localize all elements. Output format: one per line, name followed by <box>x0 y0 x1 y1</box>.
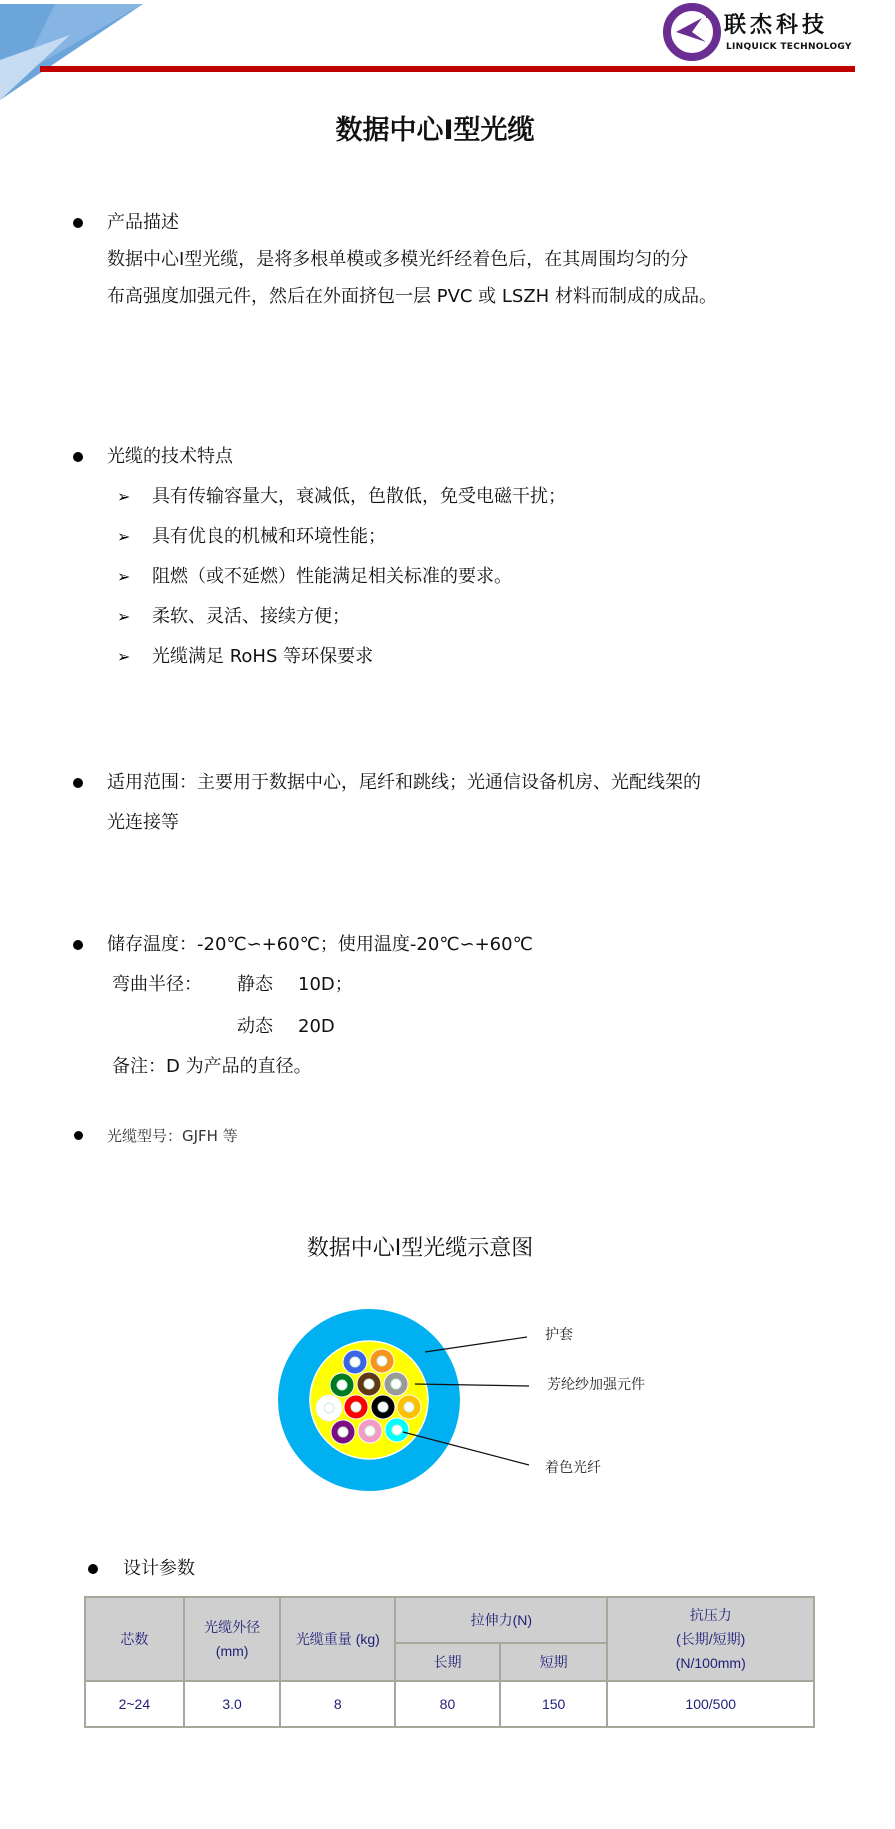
cell-weight: 8 <box>280 1681 395 1727</box>
header-cores: 芯数 <box>85 1597 184 1681</box>
feature-item: 阻燃（或不延燃）性能满足相关标准的要求。 <box>152 566 512 588</box>
cell-tensile-short: 150 <box>500 1681 608 1727</box>
feature-item: 具有优良的机械和环境性能； <box>152 526 386 548</box>
cell-crush: 100/500 <box>607 1681 814 1727</box>
bullet-icon <box>73 218 83 228</box>
cell-tensile-long: 80 <box>395 1681 500 1727</box>
temperature-line: 储存温度：-20℃∽+60℃；使用温度-20℃∽+60℃ <box>107 934 533 956</box>
model-line: 光缆型号：GJFH 等 <box>107 1125 238 1147</box>
arrow-bullet-icon: ➢ <box>117 526 130 548</box>
jacket-layer <box>278 1309 460 1491</box>
header-crush-line: (长期/短期) <box>608 1627 813 1651</box>
logo-mark-icon <box>662 2 722 62</box>
corner-decoration <box>0 0 160 110</box>
bullet-icon <box>88 1564 98 1574</box>
header-crush: 抗压力 (长期/短期) (N/100mm) <box>607 1597 814 1681</box>
bullet-icon <box>73 778 83 788</box>
header-tensile-short: 短期 <box>500 1643 608 1681</box>
bend-radius-label: 弯曲半径： <box>112 974 202 996</box>
static-value: 10D； <box>298 974 353 996</box>
scope-line: 光连接等 <box>107 812 179 834</box>
header-diameter: 光缆外径 (mm) <box>184 1597 281 1681</box>
colored-fibers <box>316 1349 421 1444</box>
table-row: 2~24 3.0 8 80 150 100/500 <box>85 1681 814 1727</box>
header-weight: 光缆重量 (kg) <box>280 1597 395 1681</box>
logo-text-cn: 联杰科技 <box>724 8 828 39</box>
params-heading: 设计参数 <box>123 1558 195 1580</box>
bullet-icon <box>74 1131 83 1140</box>
figure-title: 数据中心Ⅰ型光缆示意图 <box>0 1231 840 1262</box>
arrow-bullet-icon: ➢ <box>117 486 130 508</box>
design-parameters-table: 芯数 光缆外径 (mm) 光缆重量 (kg) 拉伸力(N) 抗压力 (长期/短期… <box>84 1596 815 1728</box>
cable-cross-section-diagram <box>0 0 895 1829</box>
header-crush-unit: (N/100mm) <box>608 1651 813 1675</box>
header-tensile: 拉伸力(N) <box>395 1597 607 1643</box>
cell-cores: 2~24 <box>85 1681 184 1727</box>
jacket-label: 护套 <box>545 1324 573 1344</box>
description-line: 数据中心Ⅰ型光缆，是将多根单模或多模光纤经着色后，在其周围均匀的分 <box>107 249 688 271</box>
logo-text-en: LINQUICK TECHNOLOGY <box>726 42 852 52</box>
arrow-bullet-icon: ➢ <box>117 606 130 628</box>
scope-line: 适用范围：主要用于数据中心，尾纤和跳线；光通信设备机房、光配线架的 <box>107 772 701 794</box>
header-diameter-line: 光缆外径 <box>185 1615 280 1639</box>
colored-fiber-label: 着色光纤 <box>545 1457 601 1477</box>
feature-item: 光缆满足 RoHS 等环保要求 <box>152 646 373 668</box>
cell-diameter: 3.0 <box>184 1681 281 1727</box>
features-heading: 光缆的技术特点 <box>107 446 233 468</box>
header-tensile-long: 长期 <box>395 1643 500 1681</box>
header-diameter-unit: (mm) <box>185 1639 280 1663</box>
strength-member-layer <box>310 1341 428 1459</box>
bullet-icon <box>73 452 83 462</box>
bullet-icon <box>73 940 83 950</box>
strength-member-label: 芳纶纱加强元件 <box>547 1374 645 1394</box>
feature-item: 具有传输容量大，衰减低，色散低，免受电磁干扰； <box>152 486 566 508</box>
static-label: 静态 <box>237 974 273 996</box>
arrow-bullet-icon: ➢ <box>117 646 130 668</box>
description-heading: 产品描述 <box>107 212 179 234</box>
page-title: 数据中心Ⅰ型光缆 <box>0 108 870 147</box>
description-line: 布高强度加强元件，然后在外面挤包一层 PVC 或 LSZH 材料而制成的成品。 <box>107 286 717 308</box>
dynamic-label: 动态 <box>237 1016 273 1038</box>
header-divider <box>40 66 855 72</box>
arrow-bullet-icon: ➢ <box>117 566 130 588</box>
company-logo: 联杰科技 LINQUICK TECHNOLOGY <box>662 2 862 62</box>
header-crush-line: 抗压力 <box>608 1603 813 1627</box>
note-line: 备注：D 为产品的直径。 <box>112 1056 312 1078</box>
feature-item: 柔软、灵活、接续方便； <box>152 606 350 628</box>
dynamic-value: 20D <box>298 1016 335 1038</box>
